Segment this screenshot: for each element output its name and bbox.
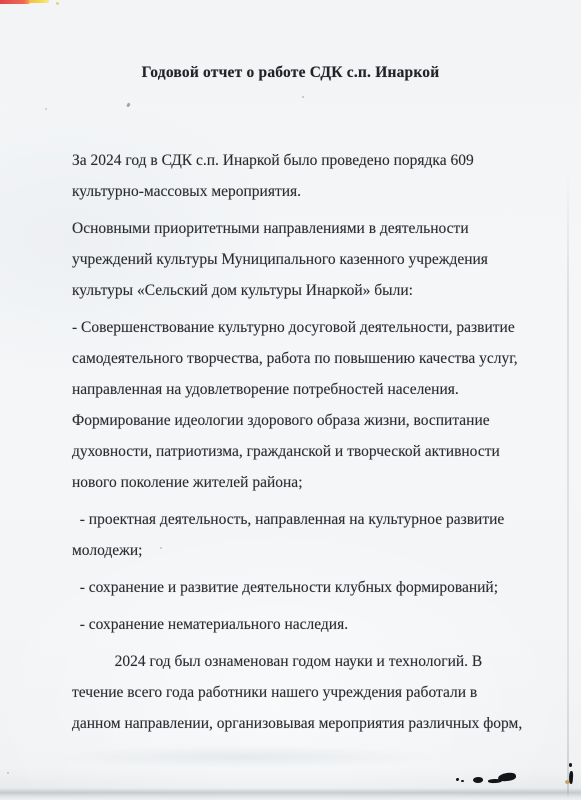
scanned-document-page: Годовой отчет о работе СДК с.п. Инаркой … [0,0,581,800]
ink-blot [461,780,464,782]
text-line: культуры «Сельский дом культуры Инаркой»… [72,275,522,306]
scan-speck [302,96,304,98]
scan-edge-red-strip [0,0,30,4]
ink-blot [456,778,460,782]
text-line: духовности, патриотизма, гражданской и т… [72,436,522,467]
text-line: самодеятельного творчества, работа по по… [72,343,522,374]
text-line: данном направлении, организовывая меропр… [72,708,522,739]
paper-fold-shadow [0,745,581,775]
text-line: Основными приоритетными направлениями в … [72,213,522,244]
paragraph: - проектная деятельность, направленная н… [72,504,522,566]
text-line: - проектная деятельность, направленная н… [72,504,522,535]
paragraph: - Совершенствование культурно досуговой … [72,312,522,498]
scan-edge-yellow-strip [29,0,49,3]
scan-bottom-edge [0,788,581,800]
text-line: - сохранение нематериального наследия. [72,609,522,640]
paragraph: За 2024 год в СДК с.п. Инаркой было пров… [72,145,522,207]
text-line: Формирование идеологии здорового образа … [72,405,522,436]
document-body: За 2024 год в СДК с.п. Инаркой было пров… [72,145,522,745]
text-line: нового поколение жителей района; [72,467,522,498]
scan-speck [45,108,47,110]
scan-speck [56,2,59,5]
text-line: За 2024 год в СДК с.п. Инаркой было пров… [72,145,522,176]
scan-speck [126,103,130,108]
paragraph: 2024 год был ознаменован годом науки и т… [72,646,522,739]
text-line: течение всего года работники нашего учре… [72,677,522,708]
text-line: - Совершенствование культурно досуговой … [72,312,522,343]
scan-speck [160,547,162,549]
text-line: культурно-массовых мероприятия. [72,176,522,207]
text-line: молодежи; [72,535,522,566]
text-line: учреждений культуры Муниципального казен… [72,244,522,275]
text-line: - сохранение и развитие деятельности клу… [72,572,522,603]
text-line: направленная на удовлетворение потребнос… [72,374,522,405]
document-title: Годовой отчет о работе СДК с.п. Инаркой [0,64,581,82]
ink-blot [473,777,483,783]
paragraph: - сохранение и развитие деятельности клу… [72,572,522,603]
paper-crease [567,170,569,800]
paragraph: - сохранение нематериального наследия. [72,609,522,640]
text-line: 2024 год был ознаменован годом науки и т… [72,646,522,677]
paragraph: Основными приоритетными направлениями в … [72,213,522,306]
